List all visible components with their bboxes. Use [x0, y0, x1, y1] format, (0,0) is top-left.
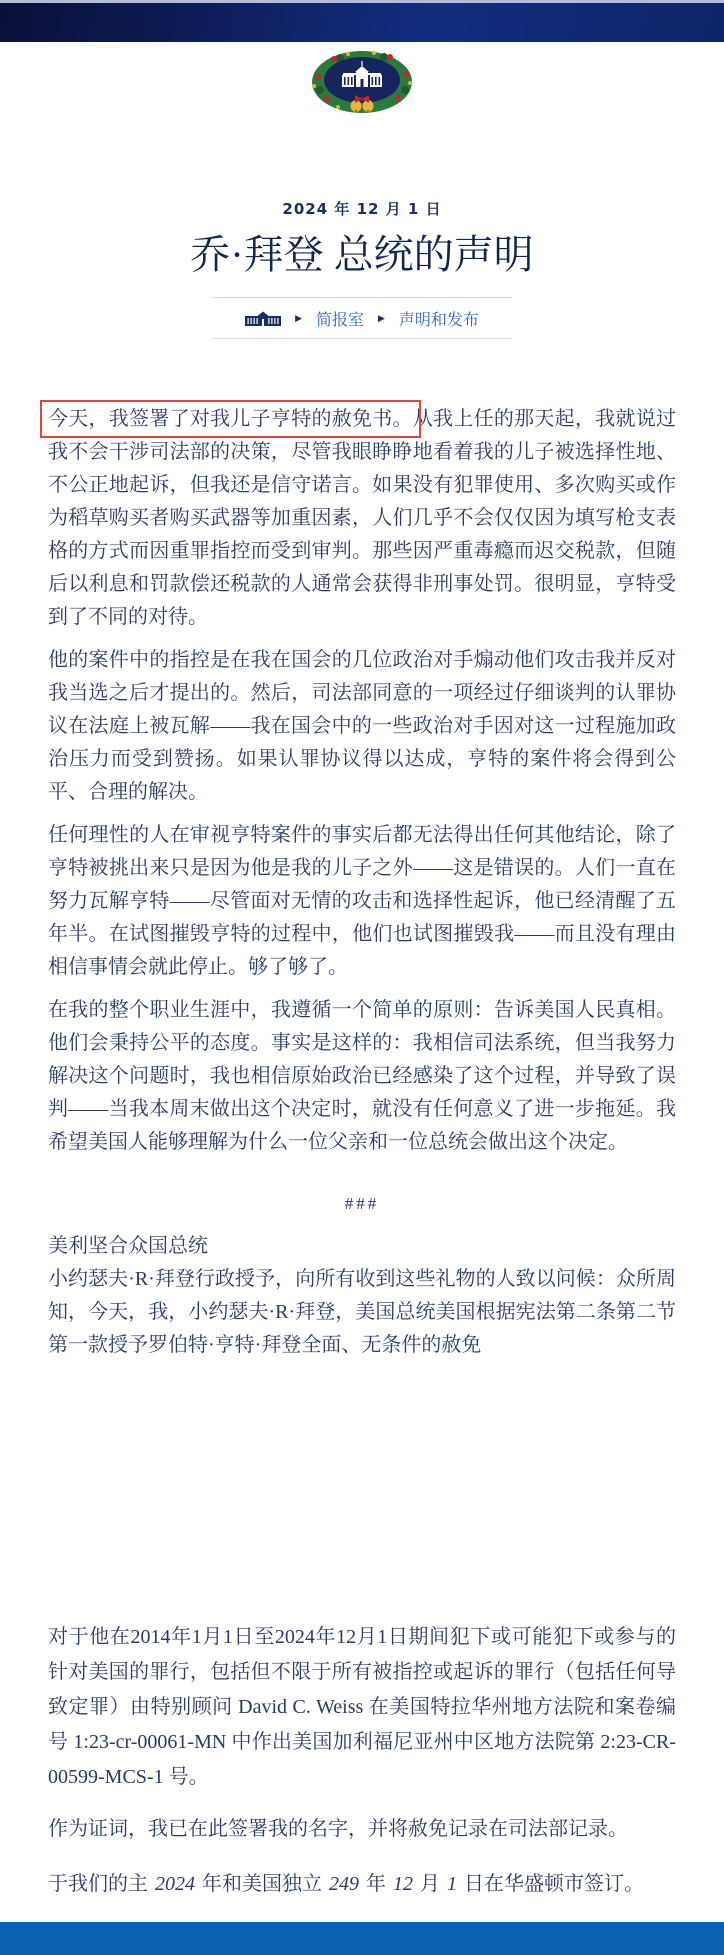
pardon-heading-block: 美利坚合众国总统小约瑟夫·R·拜登行政授予，向所有收到这些礼物的人致以问候：众所…	[48, 1230, 676, 1362]
closing-text: 年和美国独立	[197, 1873, 327, 1895]
pardon-closing-paragraph: 于我们的主 2024 年和美国独立 249 年 12 月 1 日在华盛顿市签订。	[48, 1868, 676, 1901]
whitehouse-holiday-logo-icon	[310, 50, 414, 116]
closing-text: 日在华盛顿市签订。	[459, 1873, 644, 1895]
whitehouse-icon[interactable]	[245, 311, 281, 326]
breadcrumb-arrow-icon: ▶	[295, 314, 302, 323]
closing-month: 12	[391, 1873, 415, 1895]
closing-independence-year: 249	[327, 1873, 361, 1895]
paragraph-3: 任何理性的人在审视亨特案件的事实后都无法得出任何其他结论，除了亨特被挑出来只是因…	[48, 819, 676, 984]
page-title: 乔·拜登 总统的声明	[0, 229, 724, 281]
highlighted-sentence: 今天，我签署了对我儿子亨特的赦免书。	[48, 408, 413, 430]
bottom-blue-bar	[0, 1922, 724, 1955]
paragraph-2: 他的案件中的指控是在我在国会的几位政治对手煽动他们攻击我并反对我当选之后才提出的…	[48, 644, 676, 809]
closing-day: 1	[445, 1873, 459, 1895]
paragraph-1: 今天，我签署了对我儿子亨特的赦免书。从我上任的那天起，我就说过我不会干涉司法部的…	[48, 403, 676, 634]
breadcrumb-briefing-room-link[interactable]: 简报室	[316, 307, 364, 330]
closing-text: 月	[415, 1873, 445, 1895]
statement-body: 今天，我签署了对我儿子亨特的赦免书。从我上任的那天起，我就说过我不会干涉司法部的…	[0, 403, 724, 1955]
statement-date: 2024 年 12 月 1 日	[0, 198, 724, 219]
breadcrumb-statements-link[interactable]: 声明和发布	[399, 307, 479, 330]
breadcrumb: ▶ 简报室 ▶ 声明和发布	[0, 298, 724, 338]
paragraph-4: 在我的整个职业生涯中，我遵循一个简单的原则：告诉美国人民真相。他们会秉持公平的态…	[48, 994, 676, 1159]
closing-text: 于我们的主	[48, 1873, 153, 1895]
section-separator: ###	[48, 1187, 676, 1220]
top-navy-bar	[0, 0, 724, 42]
breadcrumb-arrow-icon: ▶	[378, 314, 385, 323]
breadcrumb-bottom-divider	[212, 338, 512, 339]
closing-year: 2024	[153, 1873, 197, 1895]
pardon-scope-paragraph: 对于他在2014年1月1日至2024年12月1日期间犯下或可能犯下或参与的针对美…	[48, 1620, 676, 1795]
pardon-witness-paragraph: 作为证词，我已在此签署我的名字，并将赦免记录在司法部记录。	[48, 1813, 676, 1846]
pardon-grant-text: 小约瑟夫·R·拜登行政授予，向所有收到这些礼物的人致以问候：众所周知，今天，我，…	[48, 1268, 676, 1356]
pardon-heading: 美利坚合众国总统	[48, 1235, 208, 1257]
paragraph-1-rest: 从我上任的那天起，我就说过我不会干涉司法部的决策，尽管我眼睁睁地看着我的儿子被选…	[48, 408, 676, 628]
closing-text: 年	[361, 1873, 391, 1895]
